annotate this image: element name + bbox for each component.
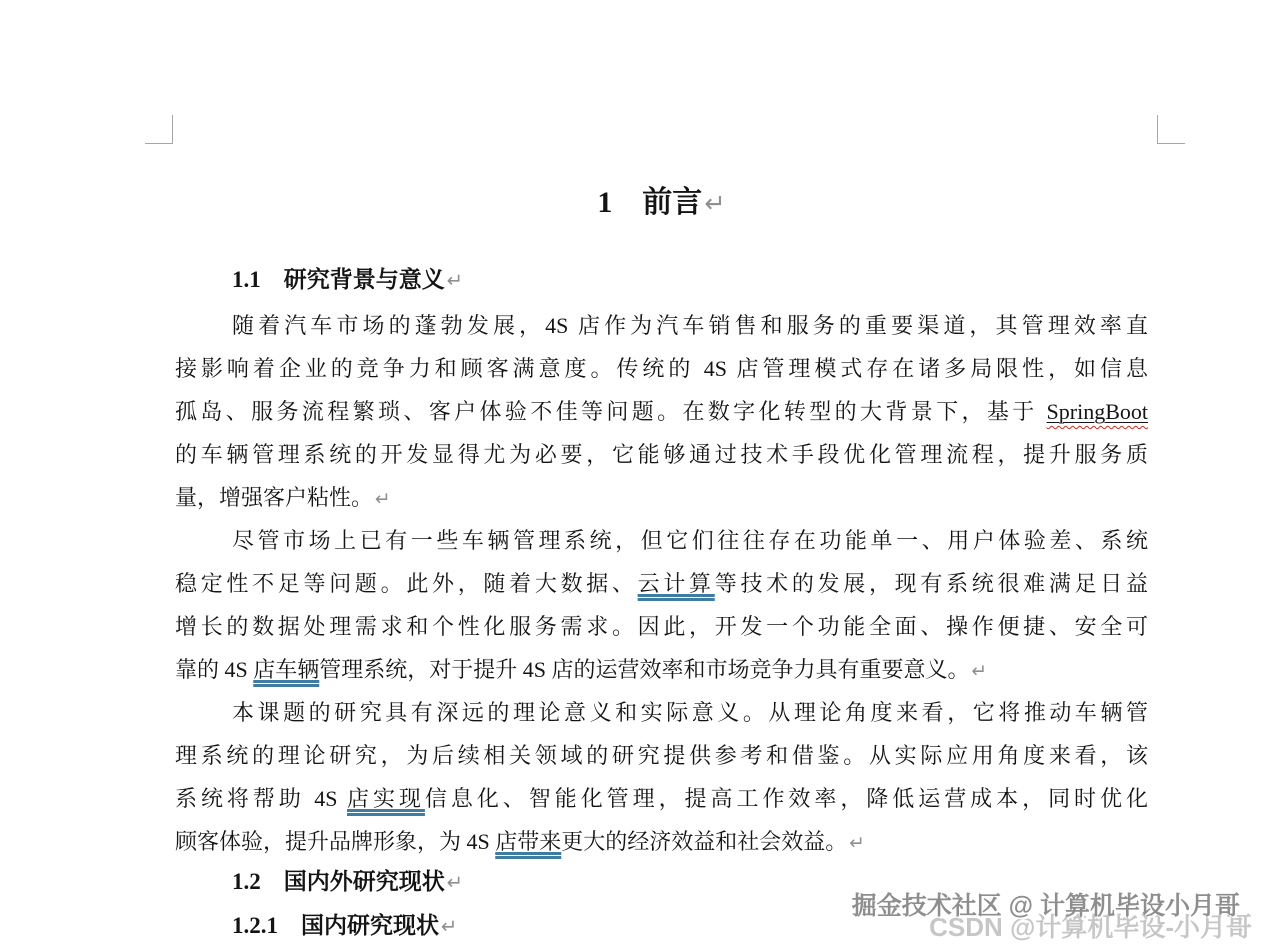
text-line: 的车辆管理系统的开发显得尤为必要，它能够通过技术手段优化管理流程，提升服务质 [175,433,1148,476]
paragraph-mark-icon: ↵ [445,269,463,292]
text-run: 接影响着企业的竞争力和顾客满意度。传统的 4S 店管理模式存在诸多局限性，如信息 [175,356,1148,381]
paragraph-2: 尽管市场上已有一些车辆管理系统，但它们往往存在功能单一、用户体验差、系统 稳定性… [175,519,1148,691]
paragraph-mark-icon: ↵ [373,489,391,510]
underlined-text: SpringBoot [1047,399,1148,424]
text-run: 尽管市场上已有一些车辆管理系统，但它们往往存在功能单一、用户体验差、系统 [232,528,1148,553]
text-line: 接影响着企业的竞争力和顾客满意度。传统的 4S 店管理模式存在诸多局限性，如信息 [175,347,1148,390]
text-line: 量，增强客户粘性。↵ [175,476,1148,519]
text-run: 管理系统，对于提升 4S 店的运营效率和市场竞争力具有重要意义。 [319,657,969,682]
grammar-marked-text: 云计算 [638,571,715,596]
text-run: 更大的经济效益和社会效益。 [561,829,847,854]
text-run: 顾客体验，提升品牌形象，为 4S [175,829,495,854]
spellcheck-marked-word: SpringBoot [1047,399,1148,424]
text-line: 稳定性不足等问题。此外，随着大数据、云计算等技术的发展，现有系统很难满足日益 [175,562,1148,605]
text-run: 信息化、智能化管理，提高工作效率，降低运营成本，同时优化 [425,786,1148,811]
text-line: 系统将帮助 4S 店实现信息化、智能化管理，提高工作效率，降低运营成本，同时优化 [175,777,1148,820]
paragraph-3: 本课题的研究具有深远的理论意义和实际意义。从理论角度来看，它将推动车辆管 理系统… [175,691,1148,863]
paragraph-1: 随着汽车市场的蓬勃发展，4S 店作为汽车销售和服务的重要渠道，其管理效率直 接影… [175,304,1148,519]
text-line: 增长的数据处理需求和个性化服务需求。因此，开发一个功能全面、操作便捷、安全可 [175,605,1148,648]
grammar-marked-text: 店实现 [347,786,425,811]
text-line: 孤岛、服务流程繁琐、客户体验不佳等问题。在数字化转型的大背景下，基于 Sprin… [175,390,1148,433]
text-line: 尽管市场上已有一些车辆管理系统，但它们往往存在功能单一、用户体验差、系统 [175,519,1148,562]
text-run: 随着汽车市场的蓬勃发展，4S 店作为汽车销售和服务的重要渠道，其管理效率直 [232,313,1148,338]
document-body[interactable]: 1 前言↵ 1.1 研究背景与意义↵ 随着汽车市场的蓬勃发展，4S 店作为汽车销… [175,0,1148,945]
paragraph-mark-icon: ↵ [970,661,988,682]
text-run: 孤岛、服务流程繁琐、客户体验不佳等问题。在数字化转型的大背景下，基于 [175,399,1047,424]
heading-1-2-text: 1.2 国内外研究现状 [232,869,445,894]
paragraph-mark-icon: ↵ [847,833,865,854]
text-boundary-mark-top-right-icon [1157,115,1185,144]
text-run: 的车辆管理系统的开发显得尤为必要，它能够通过技术手段优化管理流程，提升服务质 [175,442,1148,467]
heading-1-1: 1.1 研究背景与意义↵ [175,262,1148,299]
chapter-title: 1 前言↵ [175,183,1148,224]
watermark-juejin: 掘金技术社区 @ 计算机毕设小月哥 [852,886,1240,922]
text-line: 靠的 4S 店车辆管理系统，对于提升 4S 店的运营效率和市场竞争力具有重要意义… [175,648,1148,691]
heading-1-1-text: 1.1 研究背景与意义 [232,267,445,292]
text-line: 理系统的理论研究，为后续相关领域的研究提供参考和借鉴。从实际应用角度来看，该 [175,734,1148,777]
word-document-page: 1 前言↵ 1.1 研究背景与意义↵ 随着汽车市场的蓬勃发展，4S 店作为汽车销… [0,0,1264,945]
grammar-marked-text: 店带来 [495,829,561,854]
heading-1-2-1-text: 1.2.1 国内研究现状 [232,913,439,938]
paragraph-mark-icon: ↵ [439,915,457,938]
text-line: 本课题的研究具有深远的理论意义和实际意义。从理论角度来看，它将推动车辆管 [175,691,1148,734]
text-run: 等技术的发展，现有系统很难满足日益 [715,571,1148,596]
text-boundary-mark-top-left-icon [145,115,173,144]
text-run: 系统将帮助 4S [175,786,347,811]
chapter-title-text: 1 前言 [597,186,702,219]
paragraph-mark-icon: ↵ [445,871,463,894]
text-line: 随着汽车市场的蓬勃发展，4S 店作为汽车销售和服务的重要渠道，其管理效率直 [175,304,1148,347]
text-run: 本课题的研究具有深远的理论意义和实际意义。从理论角度来看，它将推动车辆管 [232,700,1148,725]
text-run: 增长的数据处理需求和个性化服务需求。因此，开发一个功能全面、操作便捷、安全可 [175,614,1148,639]
text-line: 顾客体验，提升品牌形象，为 4S 店带来更大的经济效益和社会效益。↵ [175,820,1148,863]
text-run: 理系统的理论研究，为后续相关领域的研究提供参考和借鉴。从实际应用角度来看，该 [175,743,1148,768]
paragraph-mark-icon: ↵ [702,189,725,219]
grammar-marked-text: 店车辆 [253,657,319,682]
text-run: 靠的 4S [175,657,253,682]
text-run: 稳定性不足等问题。此外，随着大数据、 [175,571,638,596]
text-run: 量，增强客户粘性。 [175,485,373,510]
